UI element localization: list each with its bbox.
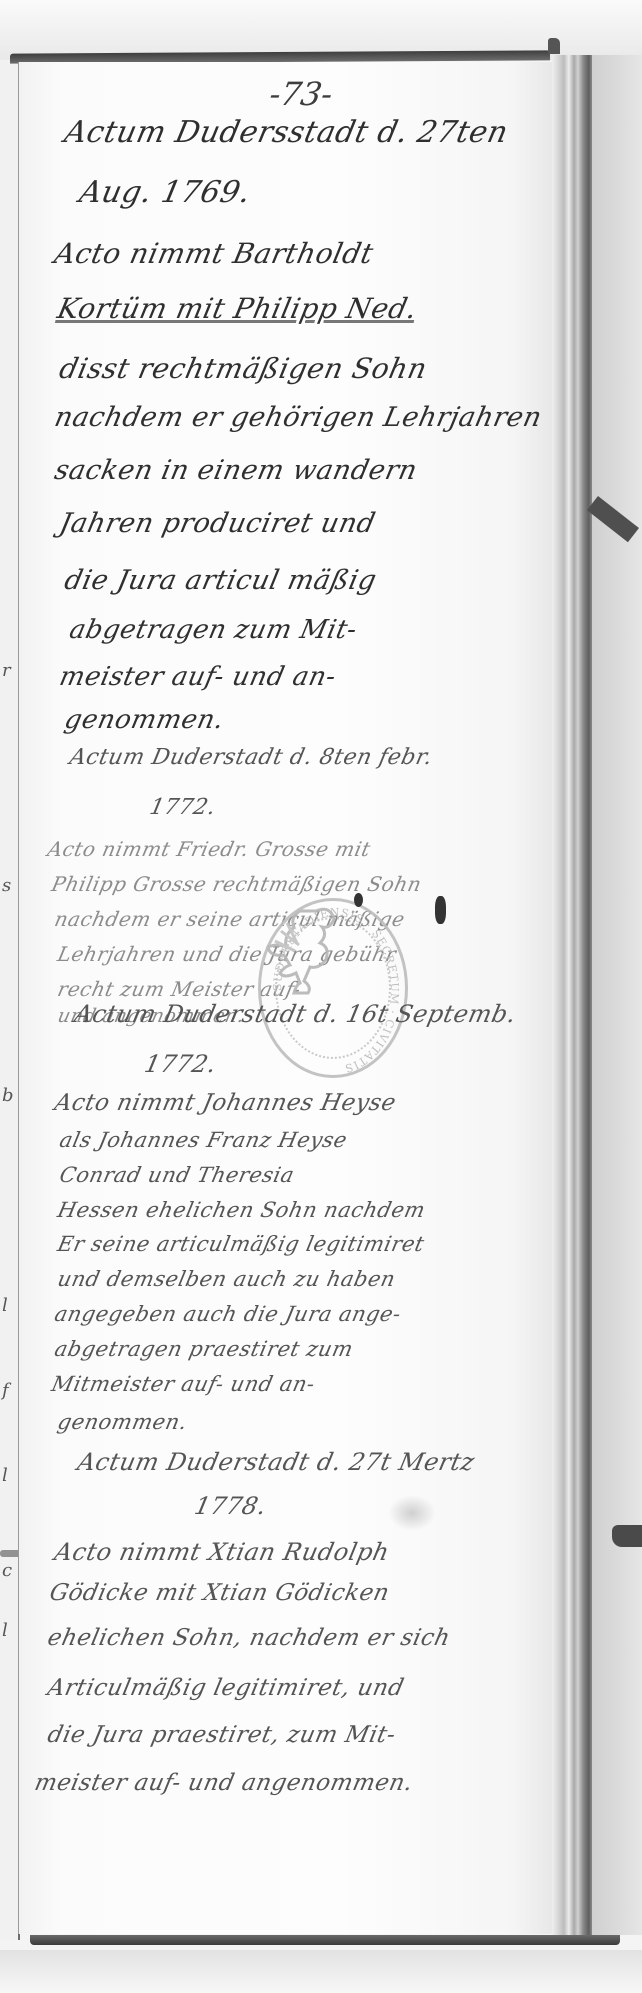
margin-mark: l: [2, 1465, 8, 1486]
entry-4-body-line-5: die Jura praestiret, zum Mit-: [45, 1722, 398, 1748]
entry-1-body-line-7: die Jura articul mäßig: [62, 565, 380, 596]
margin-mark: l: [2, 1620, 8, 1641]
entry-2-date-line-1: Actum Duderstadt d. 8ten febr.: [67, 745, 434, 770]
entry-4-body-line-6: meister auf- und angenommen.: [32, 1770, 415, 1796]
entry-2-date-line-2: 1772.: [147, 795, 218, 820]
entry-1-body-line-3: disst rechtmäßigen Sohn: [56, 352, 430, 385]
margin-mark: s: [2, 875, 11, 896]
entry-3-body-line-7: angegeben auch die Jura ange-: [52, 1302, 403, 1326]
margin-mark: c: [2, 1560, 12, 1581]
entry-3-date-line-2: 1772.: [142, 1050, 219, 1078]
entry-3-body-line-6: und demselben auch zu haben: [55, 1267, 397, 1291]
entry-1-body-line-10: genommen.: [62, 705, 227, 735]
margin-mark: f: [2, 1380, 9, 1401]
margin-mark: r: [2, 660, 11, 681]
scan-background-bottom: [0, 1950, 642, 1993]
rampant-lion-icon: [261, 901, 347, 1001]
entry-4-body-line-1: Acto nimmt Xtian Rudolph: [52, 1538, 392, 1566]
margin-mark: b: [2, 1085, 14, 1106]
entry-4-body-line-3: ehelichen Sohn, nachdem er sich: [45, 1625, 453, 1651]
entry-1-body-line-2: Kortüm mit Philipp Ned.: [54, 292, 420, 325]
bookmark-ribbon-lower: [612, 1525, 642, 1547]
entry-4-date-line-1: Actum Duderstadt d. 27t Mertz: [75, 1448, 477, 1476]
entry-4-body-line-2: Gödicke mit Xtian Gödicken: [47, 1580, 392, 1606]
entry-1-body-line-8: abgetragen zum Mit-: [67, 615, 360, 645]
official-seal-stamp: SUDERSTADIENSIS · SECRETUM · CIVITATIS: [258, 898, 408, 1078]
entry-3-body-line-10: genommen.: [55, 1410, 189, 1434]
entry-3-body-line-5: Er seine articulmäßig legitimiret: [55, 1232, 426, 1256]
entry-4-body-line-4: Articulmäßig legitimiret, und: [45, 1675, 406, 1701]
facing-page-edge: r s b l f l c l: [0, 60, 20, 1940]
margin-mark: l: [2, 1295, 8, 1316]
entry-2-body-line-1: Acto nimmt Friedr. Grosse mit: [45, 837, 373, 861]
entry-1-body-line-4: nachdem er gehörigen Lehrjahren: [52, 402, 545, 433]
paper-stain: [388, 1495, 436, 1531]
entry-3-body-line-2: als Johannes Franz Heyse: [57, 1128, 349, 1152]
entry-2-body-line-2: Philipp Grosse rechtmäßigen Sohn: [49, 872, 423, 896]
book-binding-edge: [552, 55, 592, 1943]
entry-3-body-line-9: Mitmeister auf- und an-: [49, 1372, 317, 1396]
cover-corner: [548, 38, 560, 54]
book-cover-bottom-edge: [30, 1935, 620, 1945]
entry-4-date-line-2: 1778.: [192, 1492, 269, 1520]
entry-1-body-line-5: sacken in einem wandern: [52, 455, 420, 486]
entry-1-body-line-9: meister auf- und an-: [57, 662, 339, 692]
entry-3-body-line-4: Hessen ehelichen Sohn nachdem: [55, 1198, 427, 1222]
page-number: -73-: [267, 75, 336, 113]
entry-1-body-line-6: Jahren produciret und: [57, 508, 379, 539]
entry-1-date-line-1: Actum Dudersstadt d. 27ten: [61, 115, 511, 150]
entry-1-date-line-2: Aug. 1769.: [76, 175, 254, 210]
entry-1-body-line-1: Acto nimmt Bartholdt: [51, 237, 376, 270]
entry-3-body-line-8: abgetragen praestiret zum: [52, 1337, 355, 1361]
entry-3-date-line-1: Actum Duderstadt d. 16t Septemb.: [72, 1000, 519, 1028]
entry-3-body-line-1: Acto nimmt Johannes Heyse: [52, 1090, 398, 1116]
entry-3-body-line-3: Conrad und Theresia: [57, 1163, 296, 1187]
ink-blot: [435, 896, 446, 924]
scan-background-right: [590, 55, 642, 1935]
ink-blot: [354, 893, 363, 907]
